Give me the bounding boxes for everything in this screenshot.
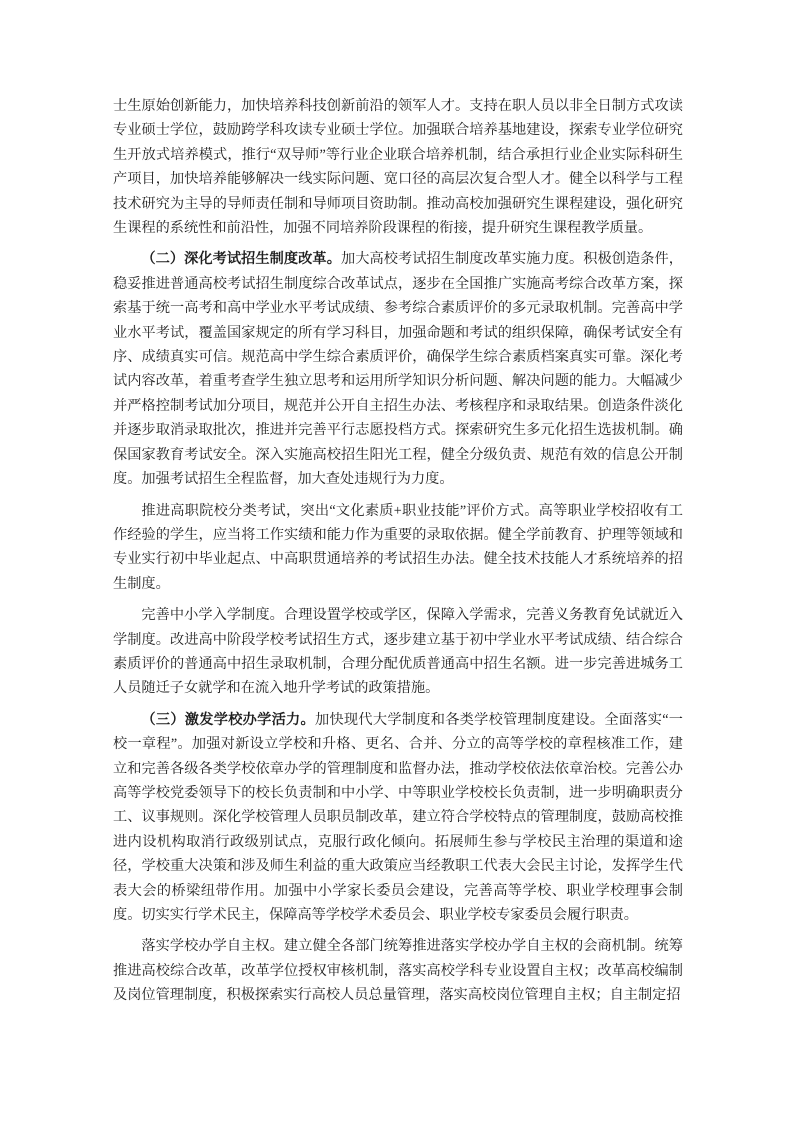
paragraph-section-2: （二）深化考试招生制度改革。加大高校考试招生制度改革实施力度。积极创造条件，稳妥…: [113, 247, 683, 491]
paragraph-text: 加大高校考试招生制度改革实施力度。积极创造条件，稳妥推进普通高校考试招生制度综合…: [113, 251, 683, 487]
paragraph-text: 完善中小学入学制度。合理设置学校或学区，保障入学需求，完善义务教育免试就近入学制…: [113, 607, 683, 696]
paragraph-continuation: 士生原始创新能力，加快培养科技创新前沿的领军人才。支持在职人员以非全日制方式攻读…: [113, 94, 683, 240]
paragraph-section-3: （三）激发学校办学活力。加快现代大学制度和各类学校管理制度建设。全面落实“一校一…: [113, 708, 683, 928]
paragraph-school-enrollment: 完善中小学入学制度。合理设置学校或学区，保障入学需求，完善义务教育免试就近入学制…: [113, 603, 683, 701]
section-2-heading: （二）深化考试招生制度改革。: [141, 251, 341, 267]
paragraph-school-autonomy: 落实学校办学自主权。建立健全各部门统筹推进落实学校办学自主权的会商机制。统筹推进…: [113, 934, 683, 1007]
document-page: 士生原始创新能力，加快培养科技创新前沿的领军人才。支持在职人员以非全日制方式攻读…: [0, 0, 793, 1122]
section-3-heading: （三）激发学校办学活力。: [141, 712, 315, 728]
paragraph-text: 落实学校办学自主权。建立健全各部门统筹推进落实学校办学自主权的会商机制。统筹推进…: [113, 938, 683, 1003]
paragraph-text: 推进高职院校分类考试，突出“文化素质+职业技能”评价方式。高等职业学校招收有工作…: [113, 503, 683, 592]
paragraph-text: 士生原始创新能力，加快培养科技创新前沿的领军人才。支持在职人员以非全日制方式攻读…: [113, 98, 683, 236]
document-body: 士生原始创新能力，加快培养科技创新前沿的领军人才。支持在职人员以非全日制方式攻读…: [113, 94, 683, 1015]
paragraph-vocational-exams: 推进高职院校分类考试，突出“文化素质+职业技能”评价方式。高等职业学校招收有工作…: [113, 499, 683, 597]
paragraph-text: 加快现代大学制度和各类学校管理制度建设。全面落实“一校一章程”。加强对新设立学校…: [113, 712, 683, 923]
